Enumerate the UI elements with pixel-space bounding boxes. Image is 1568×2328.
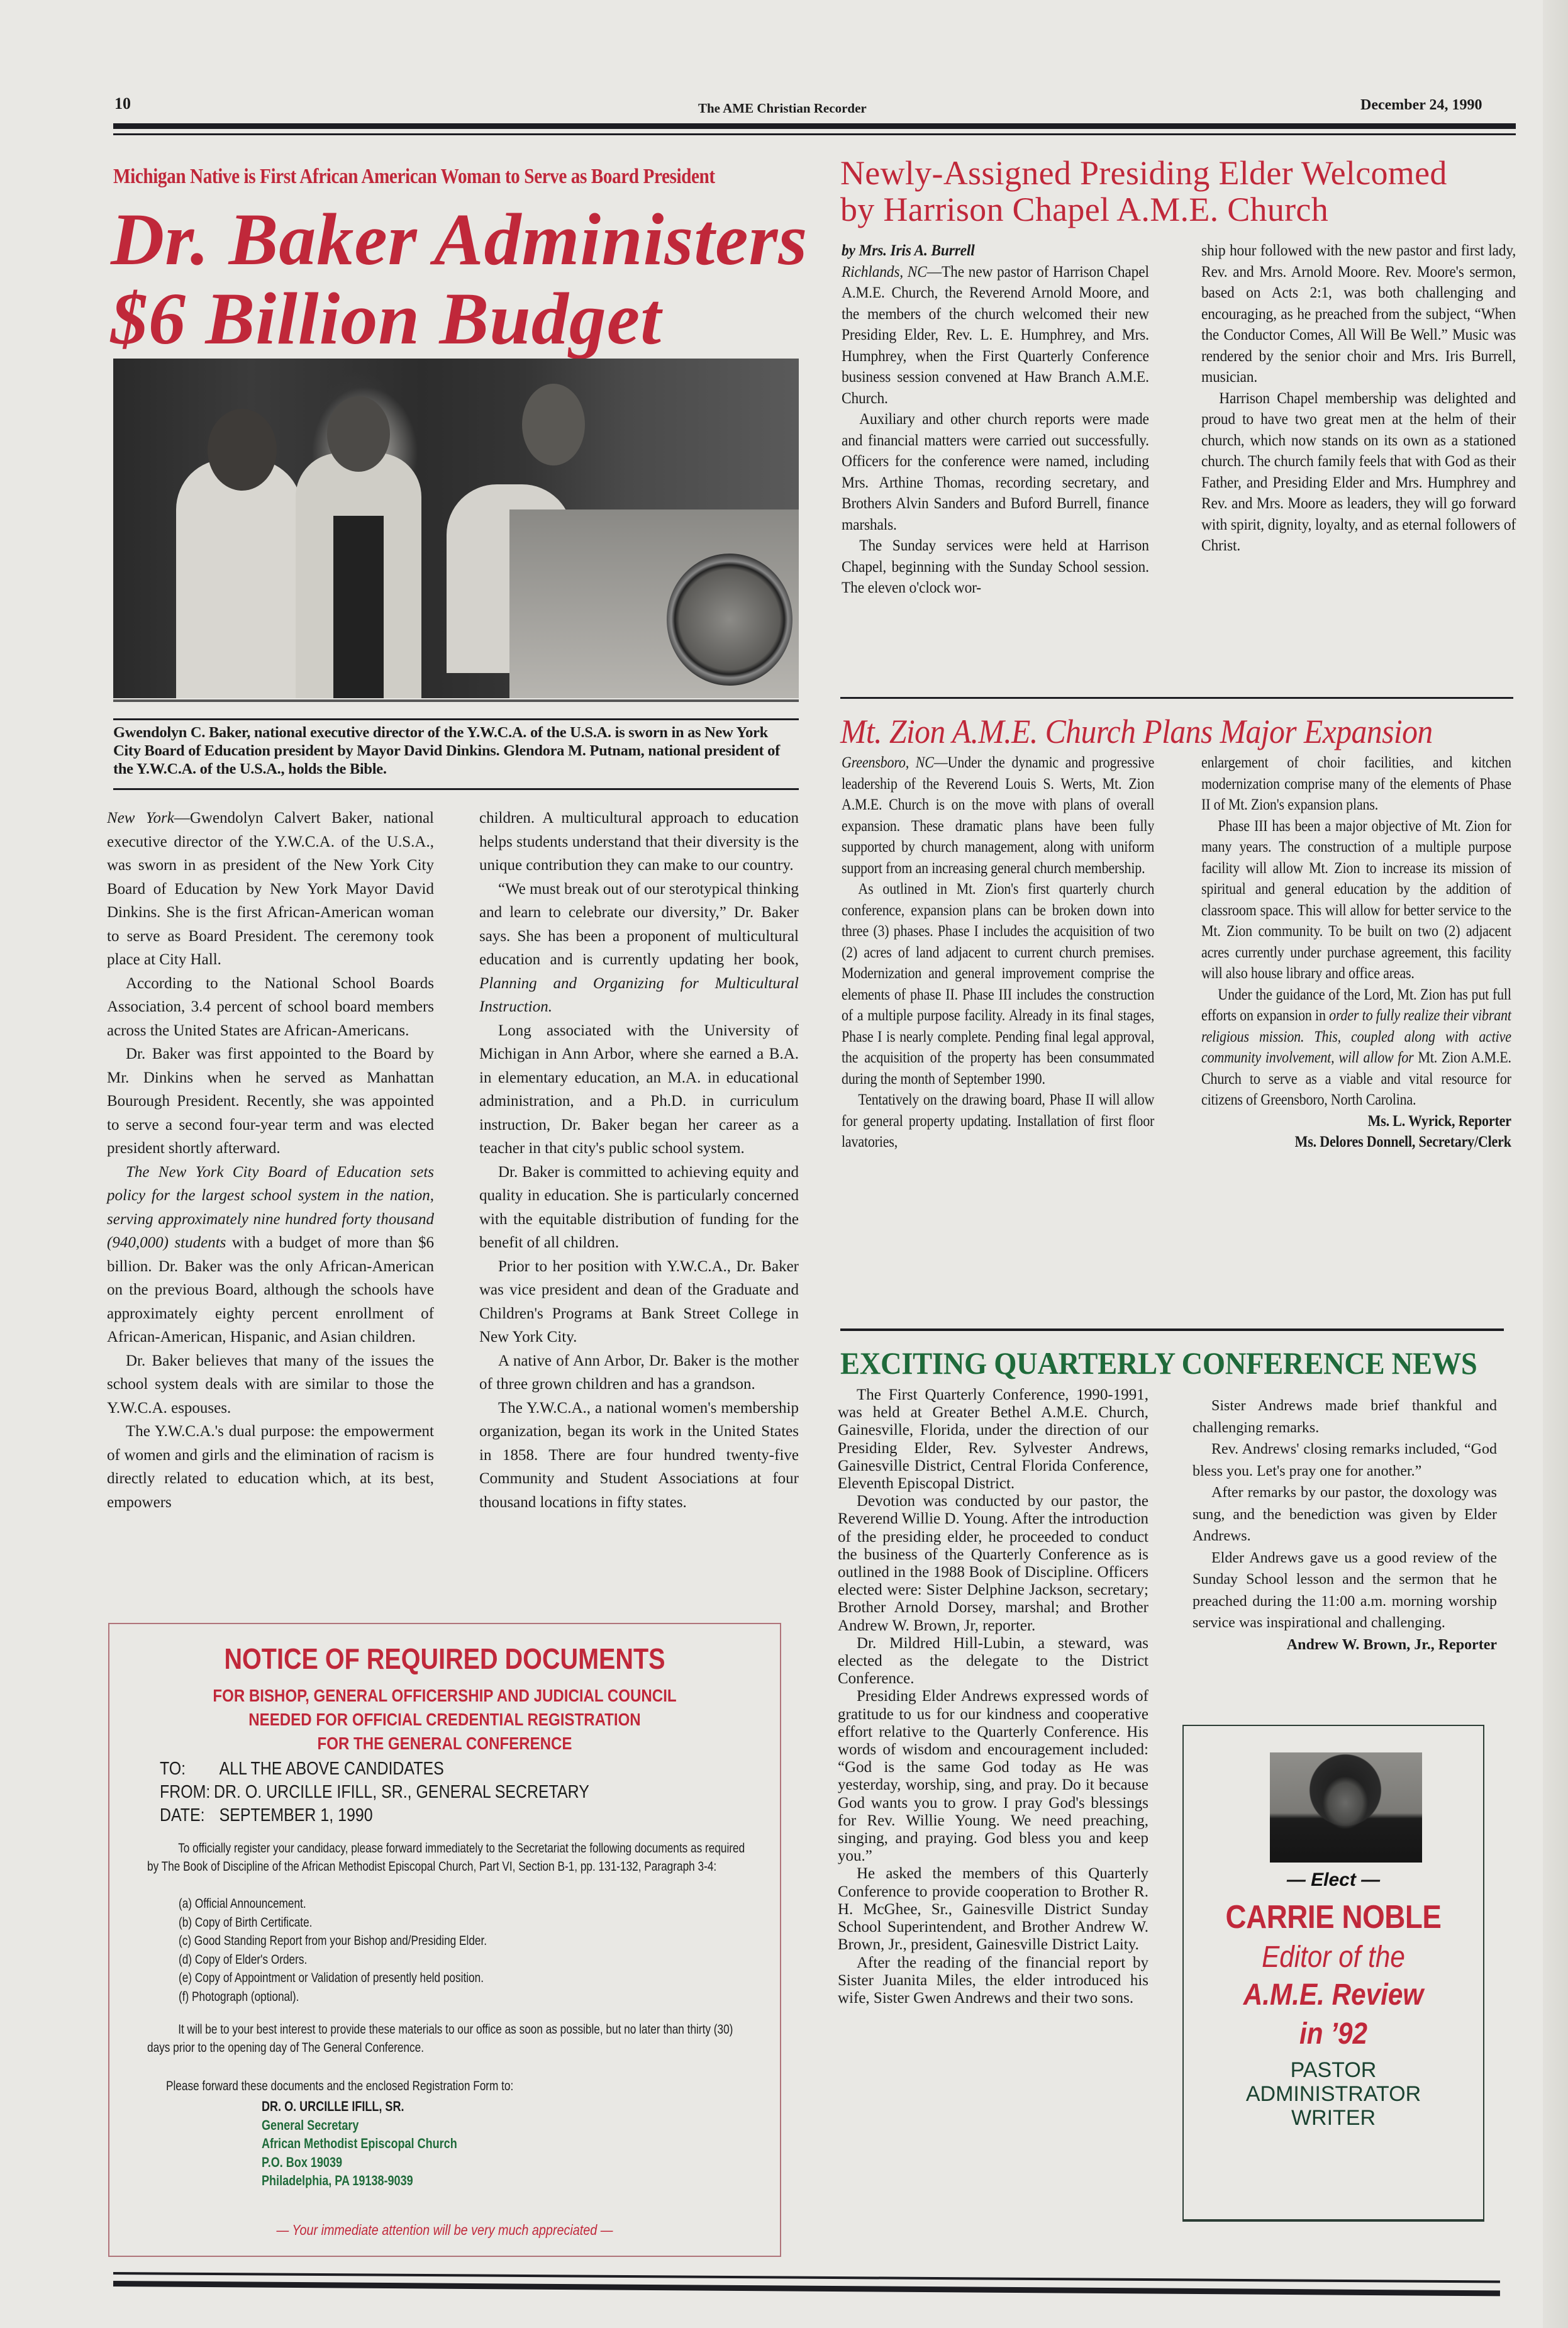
quarterly-paragraph: Dr. Mildred Hill-Lubin, a steward, was e… — [838, 1635, 1148, 1688]
header-rule-thin — [113, 133, 1516, 135]
zion-paragraph: Phase III has been a major objective of … — [1201, 816, 1511, 984]
ad-role: ADMINISTRATOR — [1184, 2082, 1483, 2106]
document-item: (a) Official Announcement. — [179, 1895, 487, 1913]
harrison-paragraph: Harrison Chapel membership was delighted… — [1201, 388, 1516, 557]
notice-forward: Please forward these documents and the e… — [166, 2077, 764, 2095]
zion-dateline: Greensboro, NC — [842, 754, 934, 771]
ad-office-line: A.M.E. Review — [1202, 1978, 1465, 2012]
baker-dateline: New York — [107, 810, 174, 827]
quarterly-paragraph: Elder Andrews gave us a good review of t… — [1193, 1547, 1497, 1634]
notice-footer: — Your immediate attention will be very … — [157, 2222, 733, 2239]
notice-subtitle: FOR THE GENERAL CONFERENCE — [157, 1732, 733, 1755]
photo-head — [208, 409, 277, 491]
section-divider — [840, 1328, 1504, 1331]
quarterly-column-2: Sister Andrews made brief thankful and c… — [1193, 1395, 1497, 1656]
zion-paragraph: enlargement of choir facilities, and kit… — [1201, 752, 1511, 816]
quarterly-paragraph: After remarks by our pastor, the doxolog… — [1193, 1482, 1497, 1547]
harrison-dateline: Richlands, NC — [842, 264, 927, 281]
address-line: African Methodist Episcopal Church — [262, 2134, 457, 2153]
baker-paragraph: Prior to her position with Y.W.C.A., Dr.… — [479, 1255, 799, 1349]
carrie-noble-portrait — [1270, 1752, 1422, 1863]
quarterly-paragraph: The First Quarterly Conference, 1990-199… — [838, 1386, 1148, 1493]
page-edge-shadow — [1543, 0, 1568, 2328]
zion-signoff-reporter: Ms. L. Wyrick, Reporter — [1201, 1111, 1511, 1132]
photo-figure-putnam — [296, 453, 421, 698]
quarterly-paragraph: Presiding Elder Andrews expressed words … — [838, 1688, 1148, 1865]
photo-bottom-rule — [113, 699, 799, 702]
document-item: (c) Good Standing Report from your Bisho… — [179, 1932, 487, 1951]
issue-date: December 24, 1990 — [1360, 97, 1482, 114]
notice-deadline: It will be to your best interest to prov… — [147, 2020, 745, 2057]
document-item: (b) Copy of Birth Certificate. — [179, 1913, 487, 1932]
baker-headline-line1: Dr. Baker Administers — [111, 200, 815, 279]
quarterly-paragraph: He asked the members of this Quarterly C… — [838, 1865, 1148, 1954]
baker-paragraph: Dr. Baker believes that many of the issu… — [107, 1349, 434, 1420]
carrie-noble-ad: — Elect — CARRIE NOBLE Editor of the A.M… — [1182, 1725, 1484, 2222]
header-rule-thick — [113, 123, 1516, 129]
baker-quote: “We must break out of our sterotypical t… — [479, 881, 799, 969]
baker-paragraph: children. A multicultural approach to ed… — [479, 806, 799, 877]
ad-role: PASTOR — [1184, 2058, 1483, 2082]
ad-role: WRITER — [1184, 2106, 1483, 2130]
zion-signoff-clerk: Ms. Delores Donnell, Secretary/Clerk — [1201, 1132, 1511, 1153]
zion-column-1: Greensboro, NC—Under the dynamic and pro… — [842, 752, 1154, 1153]
photo-figure-baker — [176, 459, 302, 698]
city-seal-icon — [667, 554, 792, 686]
document-item: (d) Copy of Elder's Orders. — [179, 1951, 487, 1969]
quarterly-signoff: Andrew W. Brown, Jr., Reporter — [1193, 1634, 1497, 1656]
harrison-paragraph: Auxiliary and other church reports were … — [842, 409, 1149, 535]
required-documents-list: (a) Official Announcement. (b) Copy of B… — [179, 1895, 487, 2006]
baker-paragraph: —Gwendolyn Calvert Baker, national execu… — [107, 810, 434, 968]
notice-subtitle: NEEDED FOR OFFICIAL CREDENTIAL REGISTRAT… — [157, 1708, 733, 1731]
footer-rule-thick — [113, 2281, 1500, 2296]
harrison-headline-line2: by Harrison Chapel A.M.E. Church — [840, 191, 1520, 228]
baker-paragraph: Dr. Baker was first appointed to the Boa… — [107, 1042, 434, 1161]
zion-paragraph: Tentatively on the drawing board, Phase … — [842, 1089, 1154, 1153]
harrison-headline-line1: Newly-Assigned Presiding Elder Welcomed — [840, 155, 1520, 191]
ad-office-line: Editor of the — [1202, 1940, 1465, 1974]
baker-column-1: New York—Gwendolyn Calvert Baker, nation… — [107, 806, 434, 1514]
document-item: (f) Photograph (optional). — [179, 1988, 487, 2007]
baker-book-title: Planning and Organizing for Multicultura… — [479, 975, 799, 1016]
address-line: DR. O. URCILLE IFILL, SR. — [262, 2097, 457, 2116]
mailing-address: DR. O. URCILLE IFILL, SR. General Secret… — [262, 2097, 457, 2190]
section-divider — [840, 697, 1513, 699]
memo-from: FROM:DR. O. URCILLE IFILL, SR., GENERAL … — [160, 1781, 589, 1804]
baker-paragraph: Long associated with the University of M… — [479, 1019, 799, 1161]
quarterly-paragraph: Rev. Andrews' closing remarks included, … — [1193, 1439, 1497, 1482]
address-line: General Secretary — [262, 2116, 457, 2135]
quarterly-column-1: The First Quarterly Conference, 1990-199… — [838, 1386, 1148, 2007]
address-line: P.O. Box 19039 — [262, 2153, 457, 2172]
zion-paragraph: As outlined in Mt. Zion's first quarterl… — [842, 879, 1154, 1089]
notice-subtitle: FOR BISHOP, GENERAL OFFICERSHIP AND JUDI… — [157, 1684, 733, 1707]
photo-caption: Gwendolyn C. Baker, national executive d… — [113, 723, 792, 778]
document-item: (e) Copy of Appointment or Validation of… — [179, 1969, 487, 1988]
baker-headline: Dr. Baker Administers $6 Billion Budget — [111, 200, 815, 359]
page-number: 10 — [114, 94, 131, 113]
swearing-in-photo — [113, 359, 799, 698]
zion-headline: Mt. Zion A.M.E. Church Plans Major Expan… — [840, 712, 1433, 751]
footer-rule-thin — [113, 2272, 1500, 2283]
photo-head — [327, 396, 390, 472]
baker-paragraph: Dr. Baker is committed to achieving equi… — [479, 1161, 799, 1255]
notice-required-documents: NOTICE OF REQUIRED DOCUMENTS FOR BISHOP,… — [108, 1623, 781, 2257]
baker-headline-line2: $6 Billion Budget — [111, 279, 815, 359]
harrison-headline: Newly-Assigned Presiding Elder Welcomed … — [840, 155, 1520, 228]
baker-paragraph: A native of Ann Arbor, Dr. Baker is the … — [479, 1349, 799, 1396]
memo-date: DATE:SEPTEMBER 1, 1990 — [160, 1804, 373, 1827]
quarterly-paragraph: Sister Andrews made brief thankful and c… — [1193, 1395, 1497, 1439]
ad-elect-label: — Elect — — [1184, 1869, 1483, 1891]
address-line: Philadelphia, PA 19138-9039 — [262, 2171, 457, 2190]
memo-to: TO:ALL THE ABOVE CANDIDATES — [160, 1757, 444, 1781]
photo-head — [522, 384, 585, 465]
publication-name: The AME Christian Recorder — [698, 101, 867, 116]
harrison-paragraph: ship hour followed with the new pastor a… — [1201, 240, 1516, 388]
baker-paragraph: The Y.W.C.A.'s dual purpose: the empower… — [107, 1420, 434, 1514]
quarterly-paragraph: Devotion was conducted by our pastor, th… — [838, 1493, 1148, 1635]
notice-intro: To officially register your candidacy, p… — [147, 1839, 745, 1876]
baker-kicker: Michigan Native is First African America… — [113, 165, 703, 189]
baker-paragraph: According to the National School Boards … — [107, 972, 434, 1043]
caption-top-rule — [113, 718, 799, 720]
harrison-column-2: ship hour followed with the new pastor a… — [1201, 240, 1516, 557]
harrison-paragraph: —The new pastor of Harrison Chapel A.M.E… — [842, 264, 1149, 407]
quarterly-paragraph: After the reading of the financial repor… — [838, 1954, 1148, 2008]
baker-column-2: children. A multicultural approach to ed… — [479, 806, 799, 1514]
harrison-column-1: by Mrs. Iris A. Burrell Richlands, NC—Th… — [842, 240, 1149, 599]
zion-column-2: enlargement of choir facilities, and kit… — [1201, 752, 1511, 1153]
zion-paragraph: —Under the dynamic and progressive leade… — [842, 754, 1154, 877]
baker-paragraph: The Y.W.C.A., a national women's members… — [479, 1396, 799, 1515]
quarterly-headline: EXCITING QUARTERLY CONFERENCE NEWS — [840, 1345, 1477, 1381]
harrison-byline: by Mrs. Iris A. Burrell — [842, 240, 1149, 262]
harrison-paragraph: The Sunday services were held at Harriso… — [842, 535, 1149, 599]
ad-office-line: in ’92 — [1202, 2017, 1465, 2051]
ad-candidate-name: CARRIE NOBLE — [1202, 1898, 1465, 1936]
notice-title: NOTICE OF REQUIRED DOCUMENTS — [157, 1642, 733, 1676]
caption-bottom-rule — [113, 788, 799, 790]
